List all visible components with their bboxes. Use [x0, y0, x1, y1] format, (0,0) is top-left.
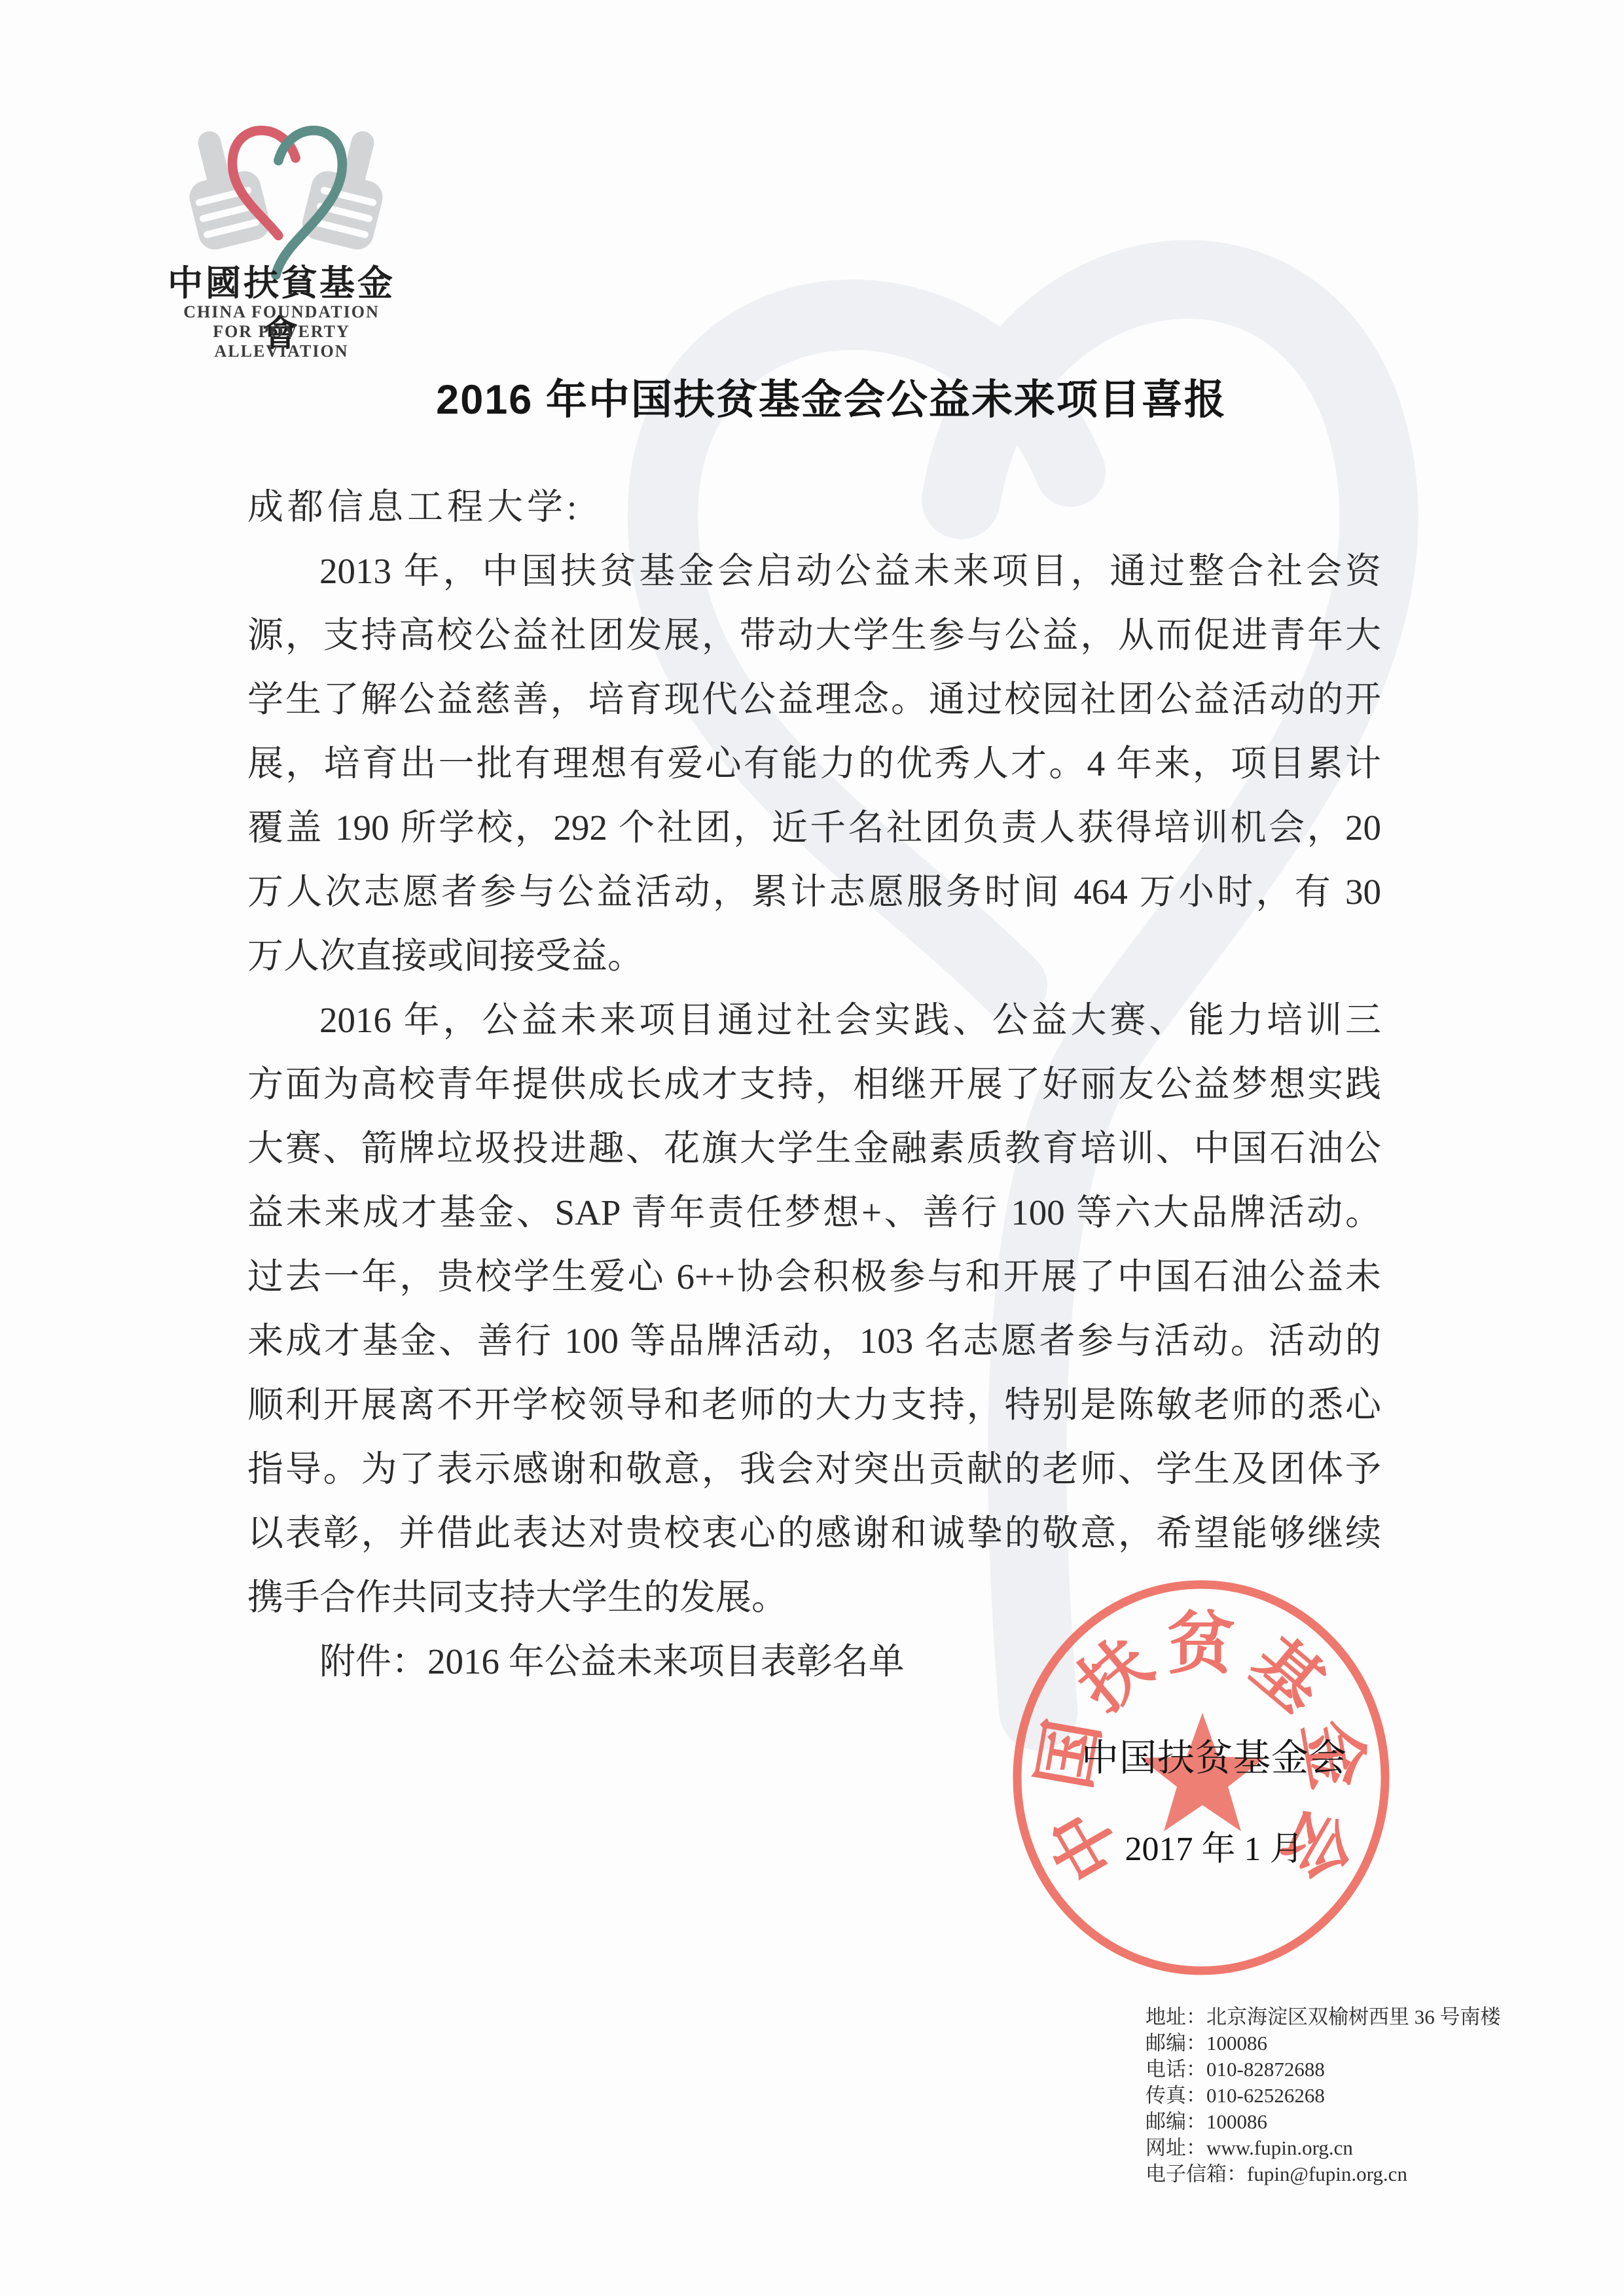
body-line: 过去一年，贵校学生爱心 6++协会积极参与和开展了中国石油公益未 — [247, 1245, 1381, 1309]
body-line: 学生了解公益慈善，培育现代公益理念。通过校园社团公益活动的开 — [247, 668, 1381, 732]
body-line: 覆盖 190 所学校，292 个社团，近千名社团负责人获得培训机会，20 — [247, 796, 1381, 860]
body-line: 来成才基金、善行 100 等品牌活动，103 名志愿者参与活动。活动的 — [247, 1309, 1381, 1373]
body-line: 方面为高校青年提供成长成才支持，相继开展了好丽友公益梦想实践 — [247, 1052, 1381, 1117]
footer-postcode-line: 邮编：100086 — [1146, 2109, 1551, 2135]
logo-hands-heart-graphic — [178, 102, 394, 280]
body-line: 展，培育出一批有理想有爱心有能力的优秀人才。4 年来，项目累计 — [247, 732, 1381, 796]
body-line: 以表彰，并借此表达对贵校衷心的感谢和诚挚的敬意，希望能够继续 — [247, 1501, 1381, 1566]
salutation-line: 成都信息工程大学: — [247, 475, 1381, 539]
footer-email-line: 电子信箱：fupin@fupin.org.cn — [1146, 2161, 1551, 2187]
seal-ring-char: 贫 — [1167, 1603, 1235, 1683]
letter-page: 中國扶貧基金會 CHINA FOUNDATION FOR POVERTY ALL… — [0, 0, 1624, 2296]
body-line: 顺利开展离不开学校领导和老师的大力支持，特别是陈敏老师的悉心 — [247, 1373, 1381, 1437]
footer-postcode-line: 邮编：100086 — [1146, 2030, 1551, 2056]
body-line: 源，支持高校公益社团发展，带动大学生参与公益，从而促进青年大 — [247, 603, 1381, 668]
footer-address-line: 地址：北京海淀区双榆树西里 36 号南楼 — [1146, 2004, 1551, 2030]
signature-organization: 中国扶贫基金会 — [1060, 1728, 1368, 1782]
body-line: 2016 年，公益未来项目通过社会实践、公益大赛、能力培训三 — [247, 988, 1381, 1052]
body-line: 万人次志愿者参与公益活动，累计志愿服务时间 464 万小时，有 30 — [247, 860, 1381, 924]
footer-fax-line: 传真：010-62526268 — [1146, 2083, 1551, 2109]
signature-date: 2017 年 1 月 — [1093, 1821, 1335, 1870]
footer-contact-block: 地址：北京海淀区双榆树西里 36 号南楼 邮编：100086 电话：010-82… — [1146, 2004, 1551, 2187]
footer-website-line: 网址：www.fupin.org.cn — [1146, 2135, 1551, 2161]
body-line: 益未来成才基金、SAP 青年责任梦想+、善行 100 等六大品牌活动。 — [247, 1181, 1381, 1245]
left-thumb-up-hand-icon — [178, 122, 273, 253]
letter-title: 2016 年中国扶贫基金会公益未来项目喜报 — [373, 367, 1290, 426]
logo-english-name-line1: CHINA FOUNDATION — [154, 302, 409, 322]
body-line: 2013 年，中国扶贫基金会启动公益未来项目，通过整合社会资 — [247, 539, 1381, 603]
body-line: 大赛、箭牌垃圾投进趣、花旗大学生金融素质教育培训、中国石油公 — [247, 1117, 1381, 1181]
body-line: 万人次直接或间接受益。 — [247, 924, 1381, 988]
footer-phone-line: 电话：010-82872688 — [1146, 2056, 1551, 2083]
right-thumb-up-hand-icon — [299, 122, 394, 253]
letter-body: 成都信息工程大学: 2013 年，中国扶贫基金会启动公益未来项目，通过整合社会资… — [247, 475, 1381, 1694]
body-line: 指导。为了表示感谢和敬意，我会对突出贡献的老师、学生及团体予 — [247, 1437, 1381, 1501]
logo-english-name-line2: FOR POVERTY ALLEVIATION — [154, 322, 409, 361]
